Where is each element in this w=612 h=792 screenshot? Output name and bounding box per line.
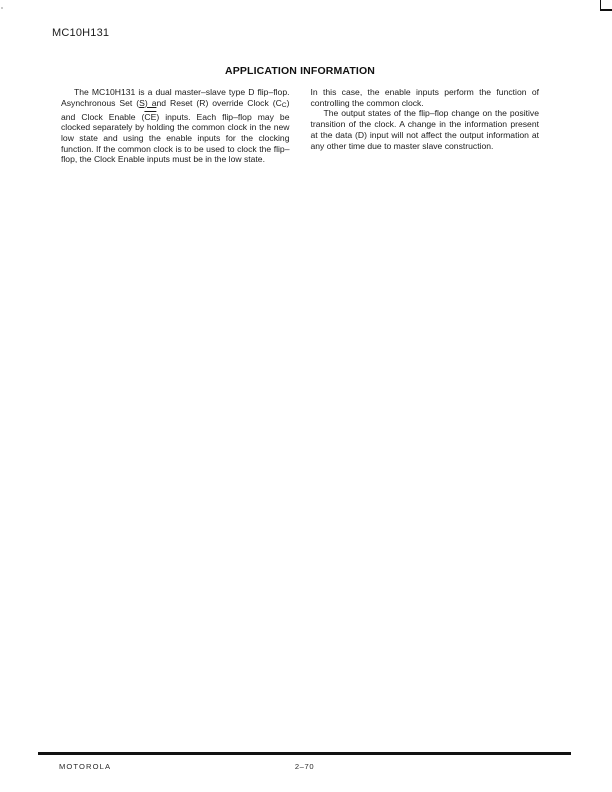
paragraph-right-2: The output states of the flip–flop chang… bbox=[311, 108, 540, 151]
datasheet-page: MC10H131 APPLICATION INFORMATION The MC1… bbox=[0, 0, 612, 792]
overlined-text-run: CE bbox=[144, 112, 156, 122]
two-column-text-block: The MC10H131 is a dual master–slave type… bbox=[61, 87, 539, 165]
section-title: APPLICATION INFORMATION bbox=[61, 65, 539, 77]
right-column: In this case, the enable inputs perform … bbox=[311, 87, 540, 165]
corner-crop-mark-horizontal bbox=[600, 9, 612, 11]
paragraph-left-1: The MC10H131 is a dual master–slave type… bbox=[61, 87, 290, 165]
footer-page-number: 2–70 bbox=[38, 762, 571, 771]
text-run: nd Reset (R) override Clock (C bbox=[156, 98, 281, 108]
paragraph-right-1: In this case, the enable inputs perform … bbox=[311, 87, 540, 108]
left-column: The MC10H131 is a dual master–slave type… bbox=[61, 87, 290, 165]
footer-rule bbox=[38, 752, 571, 755]
underlined-text-run: S) a bbox=[139, 98, 156, 108]
footer: MOTOROLA 2–70 bbox=[38, 762, 571, 774]
part-number-heading: MC10H131 bbox=[52, 27, 109, 39]
scan-artifact-dot bbox=[1, 7, 3, 9]
